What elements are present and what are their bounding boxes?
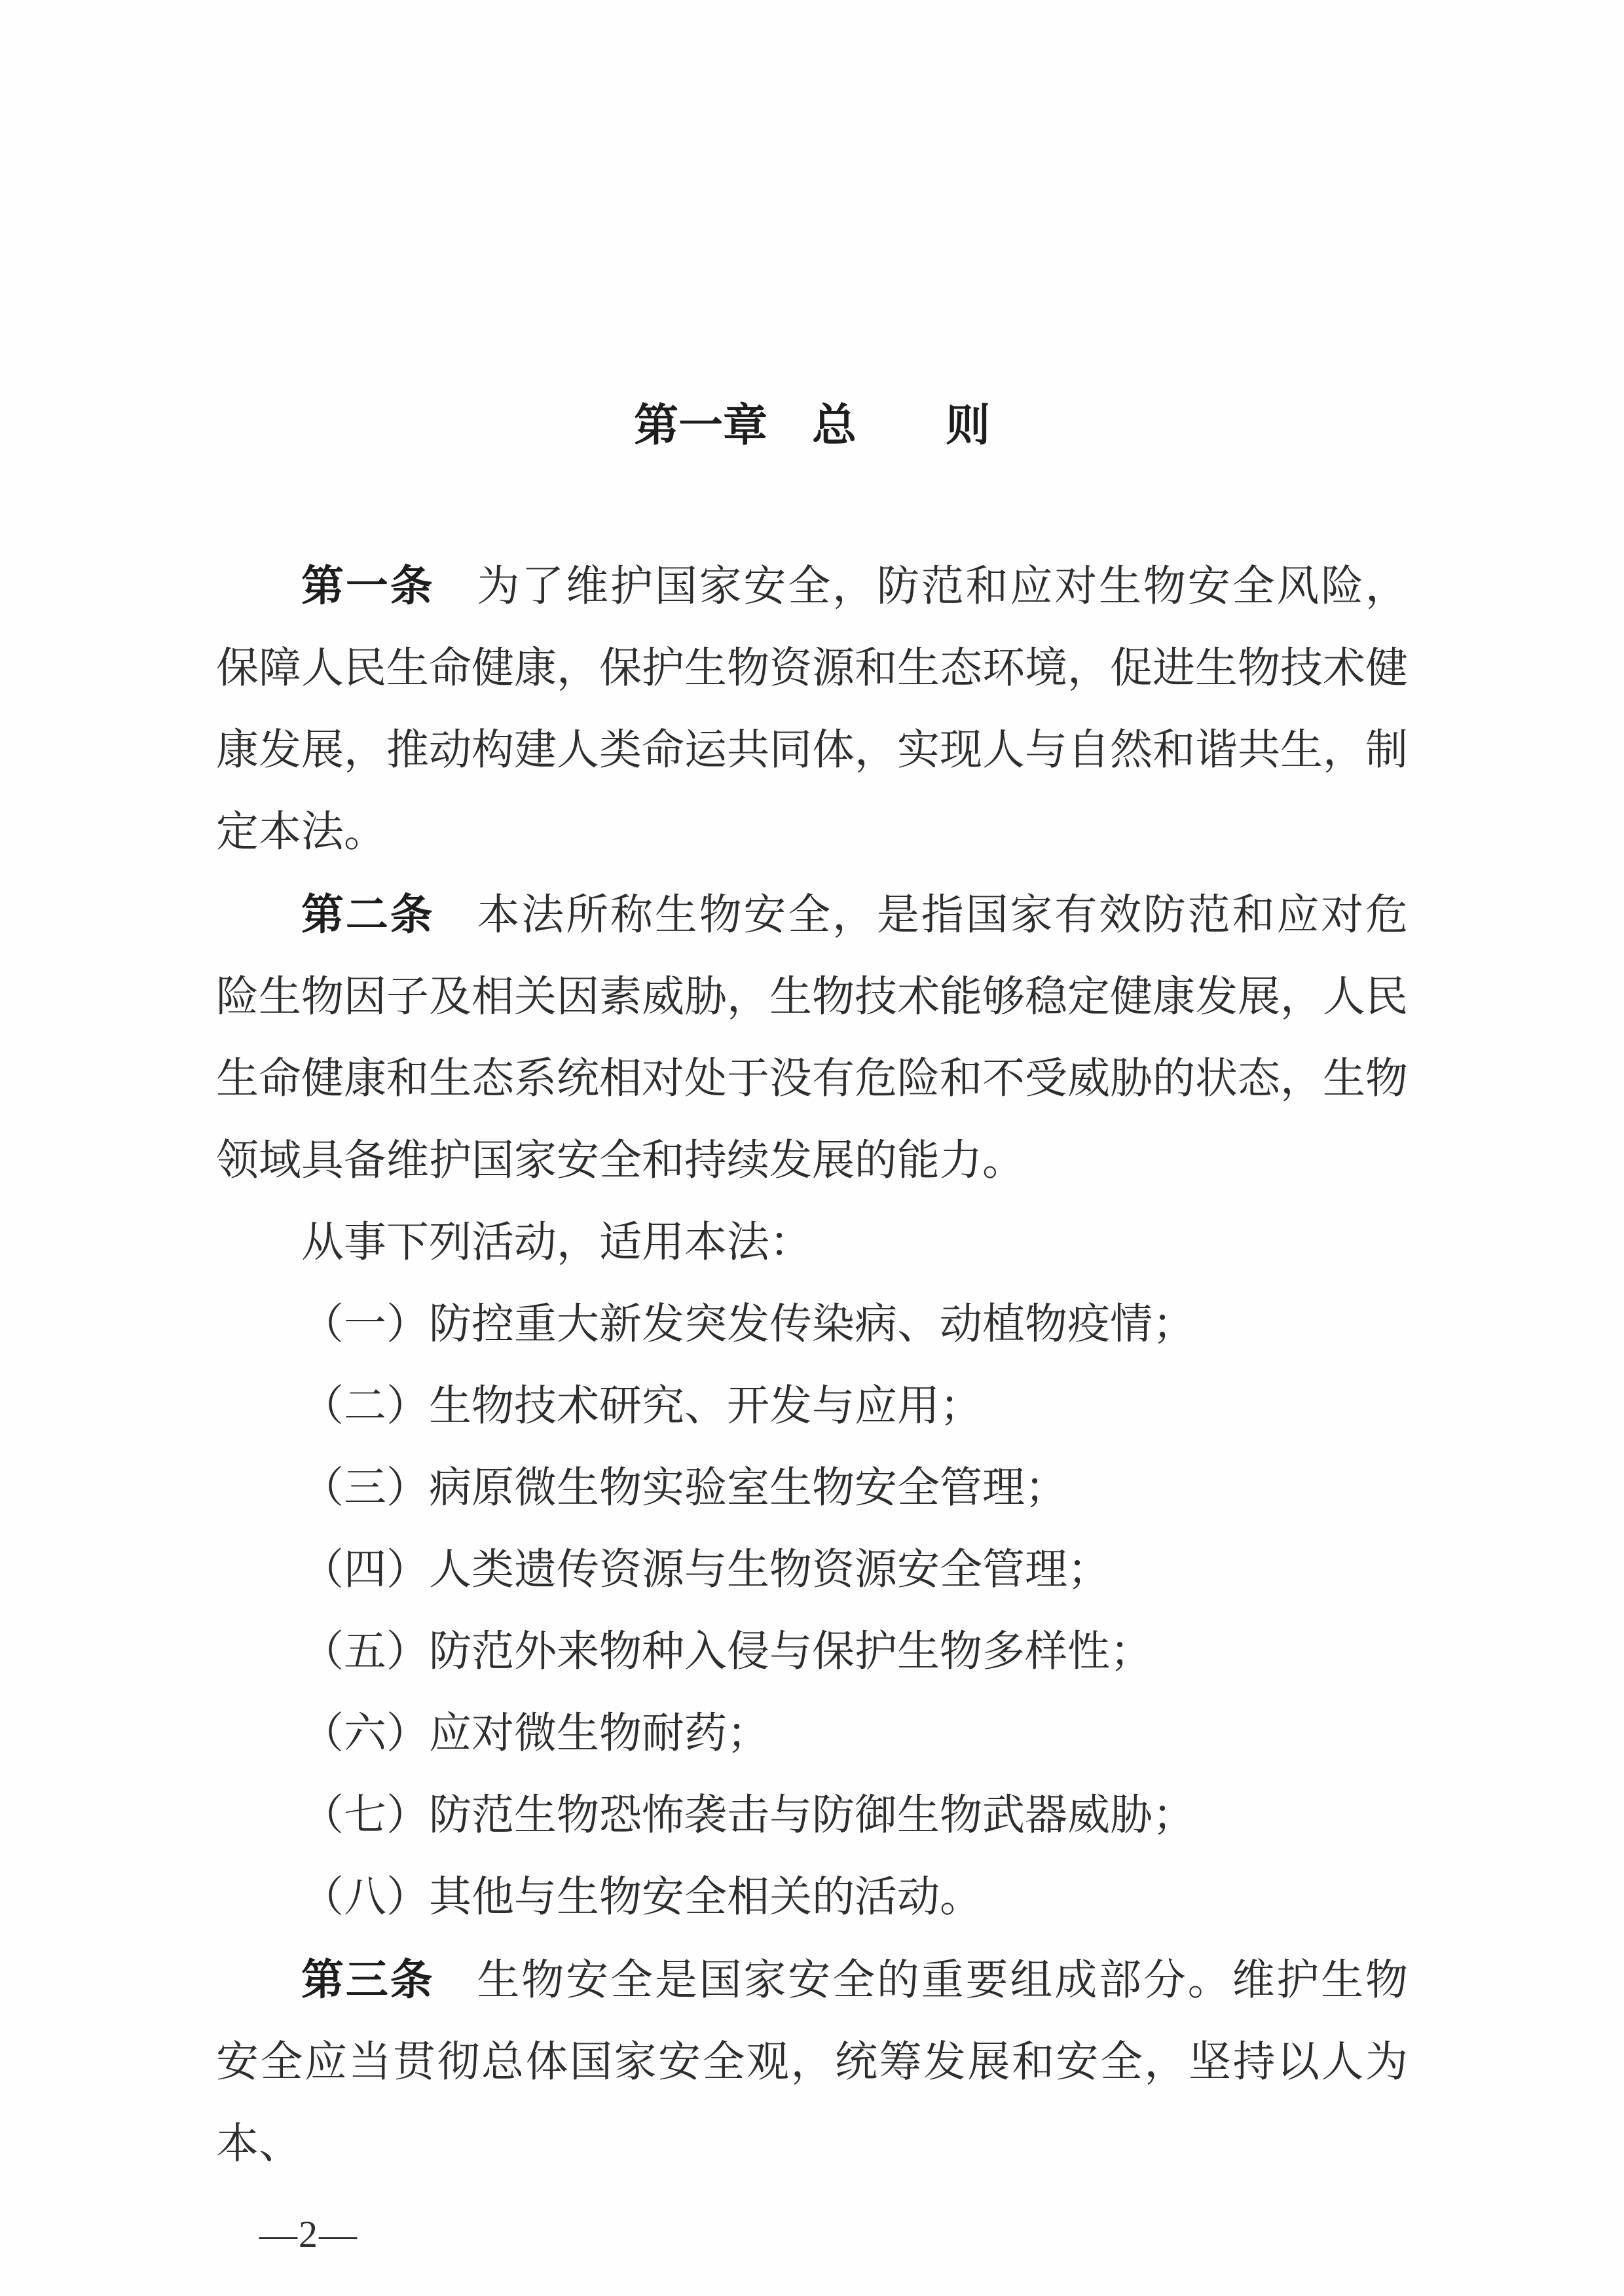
- paragraph-text: （八）其他与生物安全相关的活动。: [301, 1874, 982, 1921]
- paragraph-text: （三）病原微生物实验室生物安全管理；: [301, 1465, 1067, 1512]
- paragraph: （一）防控重大新发突发传染病、动植物疫情；: [216, 1284, 1408, 1366]
- article-number: 第三条: [301, 1956, 434, 2003]
- paragraph-text: （五）防范外来物种入侵与保护生物多样性；: [301, 1628, 1153, 1675]
- paragraph: 从事下列活动，适用本法：: [216, 1202, 1408, 1284]
- paragraph: （八）其他与生物安全相关的活动。: [216, 1857, 1408, 1939]
- document-page: 第一章 总 则 第一条为了维护国家安全，防范和应对生物安全风险，保障人民生命健康…: [0, 0, 1624, 2296]
- article-body: 第一条为了维护国家安全，防范和应对生物安全风险，保障人民生命健康，保护生物资源和…: [216, 545, 1408, 2185]
- paragraph: （三）病原微生物实验室生物安全管理；: [216, 1448, 1408, 1529]
- paragraph-text: （四）人类遗传资源与生物资源安全管理；: [301, 1546, 1110, 1594]
- paragraph: 第三条生物安全是国家安全的重要组成部分。维护生物安全应当贯彻总体国家安全观，统筹…: [216, 1939, 1408, 2185]
- paragraph-text: （六）应对微生物耐药；: [301, 1710, 769, 1757]
- paragraph: 第二条本法所称生物安全，是指国家有效防范和应对危险生物因子及相关因素威胁，生物技…: [216, 873, 1408, 1202]
- article-number: 第一条: [301, 562, 434, 610]
- paragraph: （五）防范外来物种入侵与保护生物多样性；: [216, 1611, 1408, 1693]
- paragraph: （二）生物技术研究、开发与应用；: [216, 1366, 1408, 1448]
- paragraph: （四）人类遗传资源与生物资源安全管理；: [216, 1529, 1408, 1611]
- paragraph: （七）防范生物恐怖袭击与防御生物武器威胁；: [216, 1775, 1408, 1857]
- page-number: —2—: [259, 2212, 358, 2257]
- paragraph-text: 从事下列活动，适用本法：: [301, 1219, 812, 1266]
- paragraph-text: （一）防控重大新发突发传染病、动植物疫情；: [301, 1301, 1195, 1348]
- article-number: 第二条: [301, 890, 434, 938]
- chapter-heading: 第一章 总 则: [216, 393, 1408, 458]
- paragraph: （六）应对微生物耐药；: [216, 1693, 1408, 1775]
- paragraph-text: （七）防范生物恐怖袭击与防御生物武器威胁；: [301, 1792, 1195, 1839]
- paragraph: 第一条为了维护国家安全，防范和应对生物安全风险，保障人民生命健康，保护生物资源和…: [216, 545, 1408, 873]
- paragraph-text: （二）生物技术研究、开发与应用；: [301, 1383, 982, 1430]
